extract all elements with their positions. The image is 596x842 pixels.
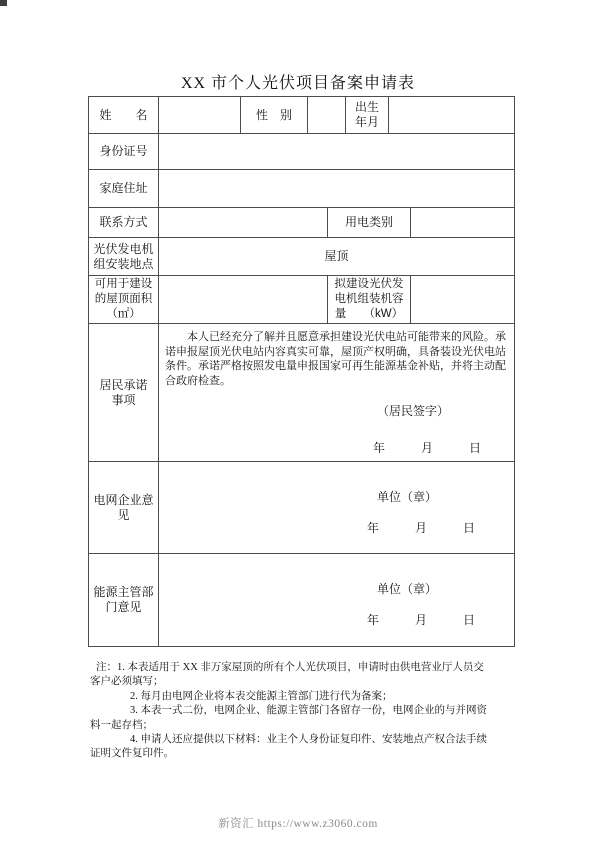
note-line: 证明文件复印件。 xyxy=(90,747,516,761)
roof-area-input-cell[interactable] xyxy=(159,276,328,323)
table-row: 光伏发电机 组安装地点 屋顶 xyxy=(89,238,514,276)
table-row: 能源主管部 门意见 单位（章） 年 月 日 xyxy=(89,554,514,646)
install-location-label: 光伏发电机 组安装地点 xyxy=(93,242,153,272)
install-location-label-cell: 光伏发电机 组安装地点 xyxy=(89,238,159,275)
install-location-value-cell: 屋顶 xyxy=(159,238,514,275)
name-input-cell[interactable] xyxy=(159,97,241,133)
commitment-text: 本人已经充分了解并且愿意承担建设光伏电站可能带来的风险。承诺申报屋顶光伏电站内容… xyxy=(165,330,509,388)
watermark-footer: 新资汇 https://www.z3060.com xyxy=(0,815,596,831)
id-number-label-cell: 身份证号 xyxy=(89,134,159,169)
table-row: 电网企业意 见 单位（章） 年 月 日 xyxy=(89,462,514,554)
capacity-label: 拟建设光伏发 电机组装机容 量 （kW） xyxy=(335,277,404,322)
note-line: 料一起存档； xyxy=(90,719,516,733)
grid-opinion-label-cell: 电网企业意 见 xyxy=(89,462,159,553)
install-location-value: 屋顶 xyxy=(324,249,348,264)
page-title: XX 市个人光伏项目备案申请表 xyxy=(0,70,596,93)
energy-opinion-label-cell: 能源主管部 门意见 xyxy=(89,554,159,646)
table-row: 联系方式 用电类别 xyxy=(89,208,514,238)
unit-seal-label: 单位（章） xyxy=(159,580,514,597)
resident-commitment-content-cell: 本人已经充分了解并且愿意承担建设光伏电站可能带来的风险。承诺申报屋顶光伏电站内容… xyxy=(159,324,514,461)
home-address-input-cell[interactable] xyxy=(159,170,514,207)
table-row: 可用于建设 的屋顶面积 （㎡） 拟建设光伏发 电机组装机容 量 （kW） xyxy=(89,276,514,324)
note-line: 3. 本表一式二份，电网企业、能源主管部门各留存一份，电网企业的与并网资 xyxy=(90,704,516,718)
grid-opinion-content-cell: 单位（章） 年 月 日 xyxy=(159,462,514,553)
notes-section: 注：1. 本表适用于 XX 非万家屋顶的所有个人光伏项目，申请时由供电营业厅人员… xyxy=(90,661,516,762)
gender-label: 性 别 xyxy=(256,108,292,123)
birth-date-input-cell[interactable] xyxy=(389,97,514,133)
grid-opinion-label: 电网企业意 见 xyxy=(93,493,153,523)
name-label-cell: 姓 名 xyxy=(89,97,159,133)
date-line: 年 月 日 xyxy=(159,611,514,628)
resident-commitment-label: 居民承诺 事项 xyxy=(99,378,147,408)
contact-label: 联系方式 xyxy=(99,215,147,230)
roof-area-label-cell: 可用于建设 的屋顶面积 （㎡） xyxy=(89,276,159,323)
capacity-label-cell: 拟建设光伏发 电机组装机容 量 （kW） xyxy=(328,276,411,323)
date-line: 年 月 日 xyxy=(165,439,509,456)
electricity-type-label: 用电类别 xyxy=(345,215,393,230)
roof-area-label: 可用于建设 的屋顶面积 （㎡） xyxy=(95,277,153,322)
electricity-type-label-cell: 用电类别 xyxy=(328,208,411,237)
document-page: XX 市个人光伏项目备案申请表 姓 名 性 别 出生 年月 身份证号 xyxy=(0,0,596,842)
id-number-input-cell[interactable] xyxy=(159,134,514,169)
note-line: 客户必须填写； xyxy=(90,675,516,689)
table-row: 姓 名 性 别 出生 年月 xyxy=(89,97,514,134)
table-row: 家庭住址 xyxy=(89,170,514,208)
home-address-label: 家庭住址 xyxy=(99,181,147,196)
note-line: 2. 每月由电网企业将本表交能源主管部门进行代为备案； xyxy=(90,690,516,704)
table-row: 居民承诺 事项 本人已经充分了解并且愿意承担建设光伏电站可能带来的风险。承诺申报… xyxy=(89,324,514,462)
resident-commitment-label-cell: 居民承诺 事项 xyxy=(89,324,159,461)
contact-label-cell: 联系方式 xyxy=(89,208,159,237)
home-address-label-cell: 家庭住址 xyxy=(89,170,159,207)
table-row: 身份证号 xyxy=(89,134,514,170)
resident-signature-label: （居民签字） xyxy=(165,402,509,419)
energy-opinion-label: 能源主管部 门意见 xyxy=(93,585,153,615)
capacity-input-cell[interactable] xyxy=(411,276,514,323)
energy-opinion-content-cell: 单位（章） 年 月 日 xyxy=(159,554,514,646)
date-line: 年 月 日 xyxy=(159,519,514,536)
application-table: 姓 名 性 别 出生 年月 身份证号 家庭住址 xyxy=(88,96,515,647)
birth-date-label-cell: 出生 年月 xyxy=(346,97,389,133)
scan-artifact-mark xyxy=(0,0,7,6)
note-line: 注：1. 本表适用于 XX 非万家屋顶的所有个人光伏项目，申请时由供电营业厅人员… xyxy=(90,661,516,675)
electricity-type-input-cell[interactable] xyxy=(411,208,514,237)
note-line: 4. 申请人还应提供以下材料：业主个人身份证复印件、安装地点产权合法手续 xyxy=(90,733,516,747)
birth-date-label: 出生 年月 xyxy=(355,100,379,130)
unit-seal-label: 单位（章） xyxy=(159,488,514,505)
name-label: 姓 名 xyxy=(99,108,147,123)
id-number-label: 身份证号 xyxy=(99,144,147,159)
contact-input-cell[interactable] xyxy=(159,208,328,237)
gender-label-cell: 性 别 xyxy=(241,97,308,133)
gender-input-cell[interactable] xyxy=(308,97,346,133)
